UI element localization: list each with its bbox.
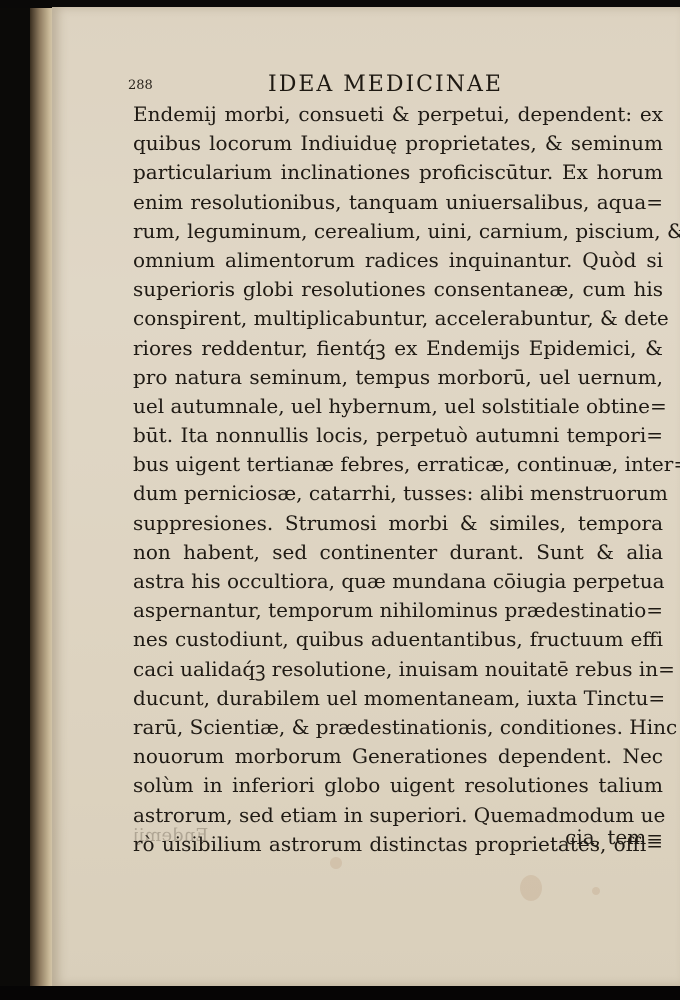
text-line: omnium alimentorum radices inquinantur. … xyxy=(133,246,663,275)
text-line: riores reddentur, fientq́ꝫ ex Endemijs E… xyxy=(133,334,663,363)
text-line: astra his occultiora, quæ mundana cōiugi… xyxy=(133,567,663,596)
text-line: particularium inclinationes proficiscūtu… xyxy=(133,158,663,187)
text-line: superioris globi resolutiones consentane… xyxy=(133,275,663,304)
show-through-text: Endemij xyxy=(133,825,208,846)
text-line: non habent, sed continenter durant. Sunt… xyxy=(133,538,663,567)
page-number: 288 xyxy=(128,78,153,93)
text-line: dum perniciosæ, catarrhi, tusses: alibi … xyxy=(133,479,663,508)
text-line: ducunt, durabilem uel momentaneam, iuxta… xyxy=(133,684,663,713)
text-line: uel autumnale, uel hybernum, uel solstit… xyxy=(133,392,663,421)
page-gutter-edge xyxy=(30,8,54,986)
text-line: enim resolutionibus, tanquam uniuersalib… xyxy=(133,188,663,217)
text-line: rarū, Scientiæ, & prædestinationis, cond… xyxy=(133,713,663,742)
text-line: solùm in inferiori globo uigent resoluti… xyxy=(133,771,663,800)
running-head: 288 IDEA MEDICINAE xyxy=(128,72,668,102)
text-line: pro natura seminum, tempus morborū, uel … xyxy=(133,363,663,392)
foxing-stain xyxy=(520,875,542,901)
catchword: cia, tem= xyxy=(565,825,663,849)
text-line: nes custodiunt, quibus aduentantibus, fr… xyxy=(133,625,663,654)
text-line: caci ualidaq́ꝫ resolutione, inuisam noui… xyxy=(133,655,663,684)
text-line: Endemij morbi, consueti & perpetui, depe… xyxy=(133,100,663,129)
foxing-stain xyxy=(592,887,600,895)
text-line: nouorum morborum Generationes dependent.… xyxy=(133,742,663,771)
catchword-row: Endemij cia, tem= xyxy=(133,825,663,853)
text-line: rum, leguminum, cerealium, uini, carnium… xyxy=(133,217,663,246)
running-head-title: IDEA MEDICINAE xyxy=(268,72,503,97)
text-line: aspernantur, temporum nihilominus prædes… xyxy=(133,596,663,625)
text-line: conspirent, multiplicabuntur, accelerabu… xyxy=(133,304,663,333)
text-line: bus uigent tertianæ febres, erraticæ, co… xyxy=(133,450,663,479)
text-line: suppresiones. Strumosi morbi & similes, … xyxy=(133,509,663,538)
body-text: Endemij morbi, consueti & perpetui, depe… xyxy=(133,100,663,859)
text-line: quibus locorum Indiuiduę proprietates, &… xyxy=(133,129,663,158)
scan-border-bottom xyxy=(0,986,680,1000)
text-line: būt. Ita nonnullis locis, perpetuò autum… xyxy=(133,421,663,450)
